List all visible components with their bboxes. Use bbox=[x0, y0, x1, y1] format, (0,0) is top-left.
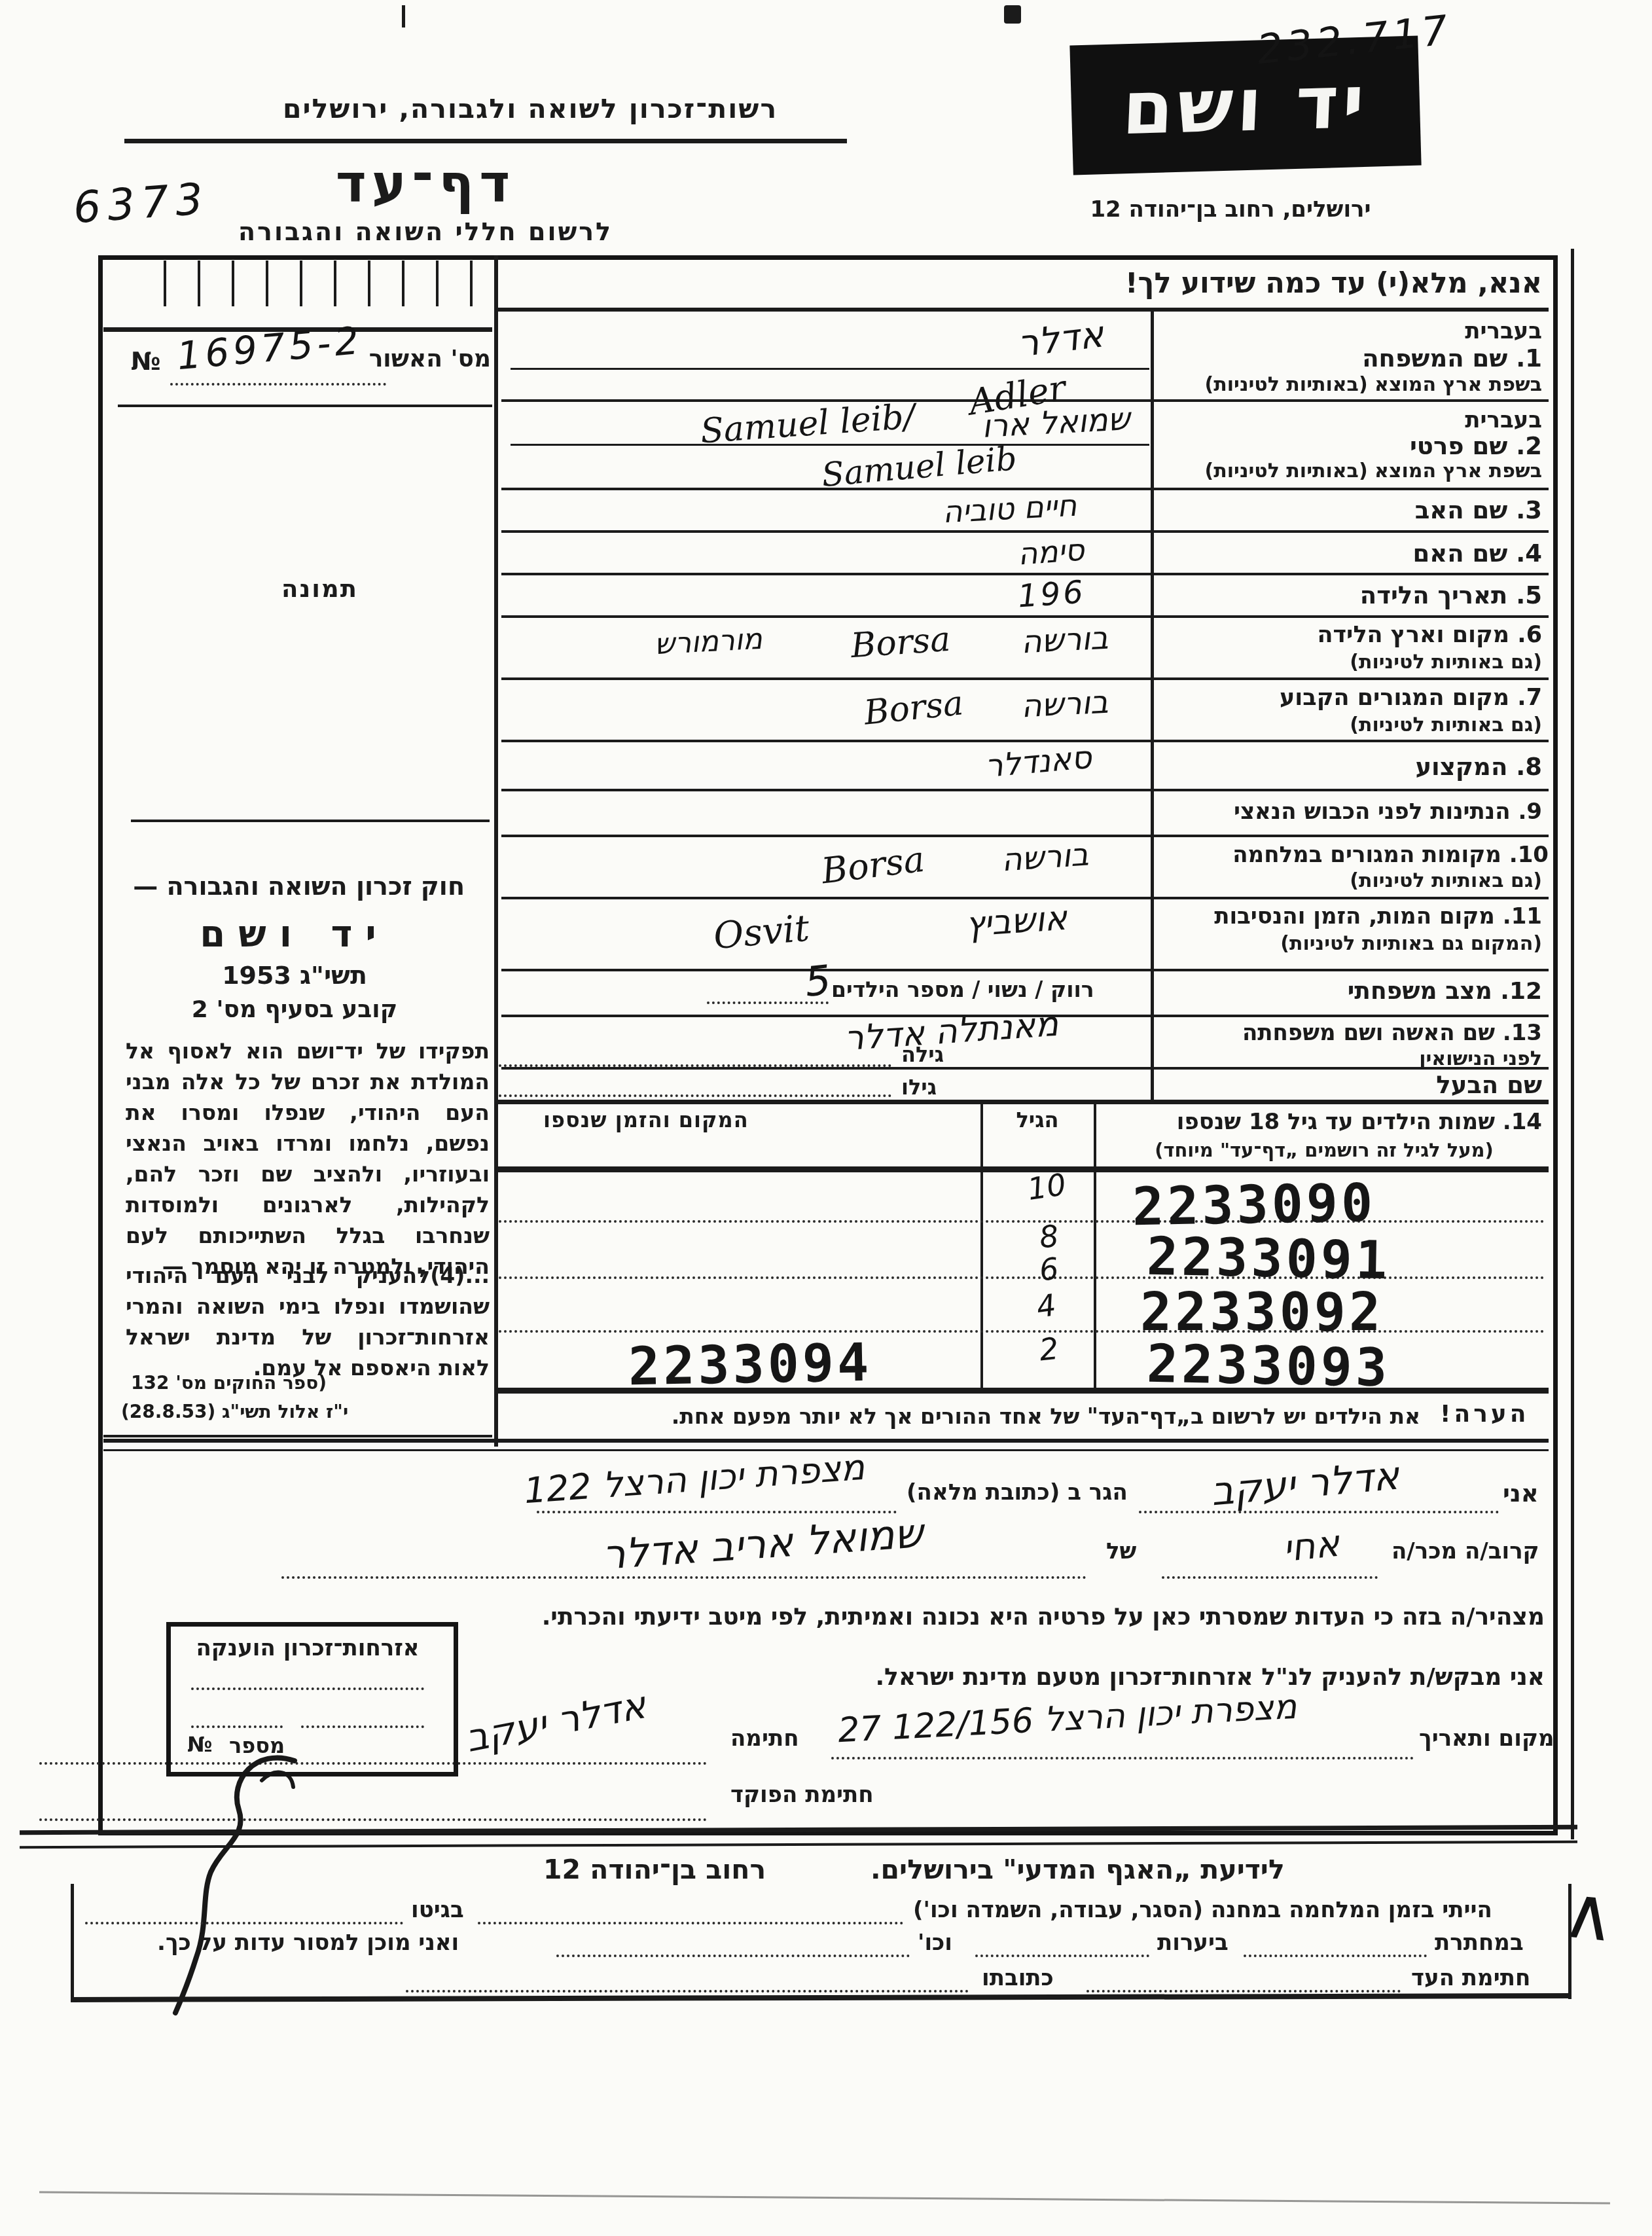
relative-label: קרוב/ה מכר/ה bbox=[1392, 1538, 1539, 1564]
labels-divider bbox=[1151, 309, 1154, 1100]
wife-age-dots bbox=[499, 1064, 891, 1067]
etc-dots bbox=[556, 1955, 910, 1957]
row6-sublabel: (גם באותיות לטיניות) bbox=[1257, 651, 1542, 674]
children-place-header: המקום והזמן שנספו bbox=[543, 1108, 749, 1132]
footer-box-left bbox=[71, 1884, 74, 1999]
tick-mark bbox=[266, 261, 268, 306]
camp-dots bbox=[478, 1922, 903, 1924]
approval-row-rule bbox=[118, 405, 492, 407]
husband-label: שם הבעל bbox=[1388, 1071, 1542, 1099]
child-age-hand: 2 bbox=[1037, 1331, 1060, 1368]
testimony-page-scan: רשות־זכרון לשואה ולגבורה, ירושלים דף־עד … bbox=[0, 0, 1652, 2236]
place-date-label: מקום ותאריך bbox=[1419, 1725, 1554, 1752]
org-title: רשות־זכרון לשואה ולגבורה, ירושלים bbox=[196, 93, 864, 124]
grant-box-dots-1 bbox=[191, 1687, 424, 1690]
note-text: את הילדים יש לרשום ב„דף־העד" של אחד ההור… bbox=[517, 1403, 1420, 1429]
row-rule bbox=[501, 573, 1549, 575]
photo-label: תמונה bbox=[281, 575, 358, 603]
left-column-divider bbox=[494, 255, 498, 1447]
form-subtitle: לרשום חללי השואה והגבורה bbox=[223, 217, 628, 246]
row11-label: 11. מקום המות, הזמן והנסיבות bbox=[1198, 903, 1542, 929]
numero-sign: № bbox=[131, 347, 161, 376]
witness-signature-label: חתימת העד bbox=[1411, 1965, 1530, 1991]
row-rule bbox=[501, 897, 1549, 899]
tick-mark bbox=[368, 261, 370, 306]
birth-region-hand: מורמורש bbox=[654, 622, 763, 662]
grant-box-title: אזרחות־זכרון הוענקה bbox=[177, 1635, 439, 1661]
law-body: תפקידו של יד־ושם הוא לאסוף אל המולדת את … bbox=[126, 1036, 490, 1282]
children-row-dots bbox=[499, 1220, 1545, 1223]
grant-box-dots-3 bbox=[301, 1725, 424, 1728]
mother-name-hand: סימה bbox=[1016, 532, 1085, 572]
row3-label: 3. שם האב bbox=[1361, 496, 1542, 524]
row7-sublabel: (גם באותיות לטיניות) bbox=[1257, 713, 1542, 736]
law-clause: קובע בסעיף מס' 2 bbox=[170, 996, 419, 1023]
law-name: יד ושם bbox=[183, 913, 406, 956]
tick-mark bbox=[164, 261, 166, 306]
residence-hebrew-hand: בורשה bbox=[1020, 684, 1109, 725]
first-name-hebrew-hand: שמואל ארו bbox=[981, 401, 1131, 445]
children-table-bottom-rule bbox=[494, 1388, 1549, 1394]
declare-statement: מצהיר/ה בזה כי העדות שמסרתי כאן על פרטיה… bbox=[373, 1604, 1545, 1631]
note-bottom-rule-1 bbox=[103, 1439, 1549, 1443]
grant-box-numero-sign: № bbox=[187, 1732, 213, 1757]
children-col-divider-age-right bbox=[1094, 1100, 1096, 1391]
grant-box-dots-2 bbox=[191, 1725, 283, 1728]
victim-name-dots bbox=[281, 1576, 1086, 1579]
law-ref-2: י"ז אלול תשי"ג (28.8.53) bbox=[121, 1401, 348, 1422]
declarant-name-dots bbox=[1139, 1511, 1499, 1513]
husband-age-label: גילו bbox=[901, 1075, 937, 1100]
birth-place-hebrew-hand: בורשה bbox=[1020, 620, 1109, 661]
law-ref-1: (ספר החוקים מס' 132 bbox=[131, 1372, 327, 1394]
camp-line-label: הייתי בזמן המלחמה במחנה (הסגר, עבודה, הש… bbox=[913, 1897, 1492, 1923]
children-count-hand: 5 bbox=[802, 956, 833, 1006]
tick-mark bbox=[334, 261, 336, 306]
law-body-2: ...(4)להעניק לבני העם היהודי שהושמדו ונפ… bbox=[126, 1260, 490, 1383]
declarant-address-dots bbox=[537, 1511, 897, 1513]
birth-date-hand: 196 bbox=[1016, 573, 1086, 615]
row13-label: 13. שם האשה ושם משפחתה bbox=[1244, 1020, 1542, 1046]
row2-label: 2. שם פרטי bbox=[1322, 432, 1542, 460]
tick-mark bbox=[402, 261, 404, 306]
war-residence-hebrew-hand: בורשה bbox=[1000, 836, 1090, 878]
tick-mark bbox=[232, 261, 234, 306]
approval-number-label: מס' האשור bbox=[386, 346, 491, 372]
official-signature-label: חתימת הפוקד bbox=[730, 1782, 874, 1808]
footer-notice-address: רחוב בן־יהודה 12 bbox=[543, 1854, 766, 1885]
row11-sublabel: (המקום גם באותיות לטיניות) bbox=[1230, 932, 1542, 955]
children-header-rule bbox=[494, 1166, 1549, 1172]
row-rule bbox=[501, 615, 1549, 618]
children-title: 14. שמות הילדים עד גיל 18 שנספו bbox=[1106, 1109, 1542, 1135]
signature-label: חתימה bbox=[730, 1725, 799, 1752]
marital-status-printed: רווק / נשוי / מספר הילדים bbox=[831, 977, 1094, 1002]
children-age-header: הגיל bbox=[983, 1108, 1092, 1132]
yad-vashem-logo-text: יד ושם bbox=[1121, 60, 1370, 152]
row7-label: 7. מקום המגורים הקבוע bbox=[1276, 685, 1542, 711]
row1-sublabel: בשפת ארץ המוצא (באותיות לטיניות) bbox=[1158, 373, 1542, 396]
official-signature-flourish bbox=[98, 1741, 321, 2016]
death-place-latin-hand: Osvit bbox=[711, 907, 811, 958]
row8-label: 8. המקצוע bbox=[1368, 753, 1542, 781]
place-date-dots bbox=[831, 1757, 1414, 1759]
birth-place-latin-hand: Borsa bbox=[850, 620, 952, 666]
row-rule bbox=[501, 677, 1549, 680]
outer-right-line bbox=[1571, 249, 1574, 1839]
inner-rule bbox=[511, 444, 1149, 446]
row2-pre-label: בעברית bbox=[1433, 407, 1542, 433]
approval-dotted-line bbox=[170, 383, 386, 386]
underground-dots bbox=[1244, 1955, 1427, 1957]
prompt-underline bbox=[494, 308, 1549, 312]
forests-dots bbox=[975, 1955, 1149, 1957]
note-label: הערה! bbox=[1440, 1401, 1530, 1428]
relation-hand: אחי bbox=[1281, 1523, 1342, 1571]
row1-pre-label: בעברית bbox=[1433, 318, 1542, 344]
witness-signature-dots bbox=[1086, 1990, 1401, 1993]
footer-box-right bbox=[1568, 1884, 1571, 1999]
row6-label: 6. מקום וארץ הלידה bbox=[1302, 622, 1542, 648]
children-row-dots bbox=[499, 1330, 1545, 1333]
wife-age-label: גילה bbox=[901, 1042, 944, 1067]
row4-label: 4. שם האם bbox=[1361, 539, 1542, 568]
row12-label: 12. מצב משפחתי bbox=[1322, 978, 1542, 1005]
row-rule bbox=[501, 740, 1549, 742]
child-age-hand: 10 bbox=[1026, 1166, 1068, 1207]
logo-address: ירושלים, רחוב בן־יהודה 12 bbox=[1054, 196, 1407, 223]
residing-label: הגר ב (כתובת מלאה) bbox=[907, 1479, 1128, 1506]
of-label: של bbox=[1106, 1538, 1136, 1564]
witness-address-label: כתובתו bbox=[982, 1965, 1054, 1991]
relation-dots bbox=[1162, 1576, 1378, 1579]
tick-mark bbox=[198, 261, 200, 306]
ghetto-dots bbox=[85, 1922, 403, 1924]
child-age-hand: 6 bbox=[1037, 1251, 1060, 1288]
row-rule bbox=[501, 789, 1549, 791]
footer-notice: לידיעת „האגף המדעי" בירושלים. bbox=[871, 1854, 1285, 1885]
etc-label: וכו' bbox=[918, 1930, 952, 1956]
father-name-hand: חיים טוביה bbox=[942, 488, 1078, 530]
ghetto-label: בגיטו bbox=[411, 1897, 464, 1923]
left-column-bottom-rule bbox=[103, 1435, 492, 1437]
photo-bottom-rule bbox=[131, 820, 490, 822]
husband-age-dots bbox=[499, 1094, 891, 1097]
stray-mark bbox=[1004, 5, 1021, 24]
row-rule bbox=[501, 530, 1549, 533]
law-year: תשי"ג 1953 bbox=[183, 961, 406, 990]
form-title: דף־עד bbox=[288, 153, 563, 214]
fill-prompt: אנא, מלא(י) עד כמה שידוע לך! bbox=[1113, 267, 1542, 300]
stray-mark bbox=[402, 5, 405, 27]
scan-artifact-line bbox=[39, 2191, 1610, 2205]
witness-address-dots bbox=[406, 1990, 969, 1993]
row10-sublabel: (גם באותיות לטיניות) bbox=[1257, 869, 1542, 892]
law-intro: חוק זכרון השואה והגבורה — bbox=[128, 872, 465, 901]
org-underline bbox=[124, 139, 847, 143]
tick-mark bbox=[436, 261, 439, 306]
request-statement: אני מבקש/ת להעניק לנ"ל אזרחות־זכרון מטעם… bbox=[792, 1664, 1545, 1691]
grant-box-number-label: מספר bbox=[229, 1733, 285, 1758]
declaration-i-label: אני bbox=[1503, 1479, 1539, 1507]
tick-mark bbox=[300, 261, 302, 306]
row-rule bbox=[501, 969, 1549, 971]
children-title-2: (מעל לגיל זה רושמים „דף־עד" מיוחד) bbox=[1106, 1139, 1542, 1161]
row1-label: 1. שם המשפחה bbox=[1322, 344, 1542, 372]
child-age-hand: 8 bbox=[1037, 1218, 1060, 1255]
children-col-divider-age-left bbox=[980, 1100, 983, 1391]
row-rule bbox=[501, 835, 1549, 837]
death-place-hebrew-hand: אושביץ bbox=[964, 899, 1068, 945]
children-table-top-rule bbox=[494, 1100, 1549, 1104]
row9-label: 9. הנתינות לפני הכבוש הנאצי bbox=[1191, 799, 1542, 825]
row5-label: 5. תאריך הלידה bbox=[1322, 581, 1542, 609]
row2-sublabel: בשפת ארץ המוצא (באותיות לטיניות) bbox=[1158, 460, 1542, 482]
forests-label: ביערות bbox=[1157, 1930, 1229, 1956]
ready-text: ואני מוכן למסור עדות על כך. bbox=[157, 1930, 459, 1956]
archive-number-handwritten: 232.717 bbox=[1255, 6, 1454, 74]
underground-label: במחתרת bbox=[1435, 1930, 1524, 1956]
file-number-handwritten: 6373 bbox=[72, 173, 211, 233]
tick-mark bbox=[470, 261, 473, 306]
row10-label: 10. מקומות המגורים במלחמה bbox=[1230, 842, 1549, 868]
row-rule bbox=[501, 1067, 1549, 1070]
